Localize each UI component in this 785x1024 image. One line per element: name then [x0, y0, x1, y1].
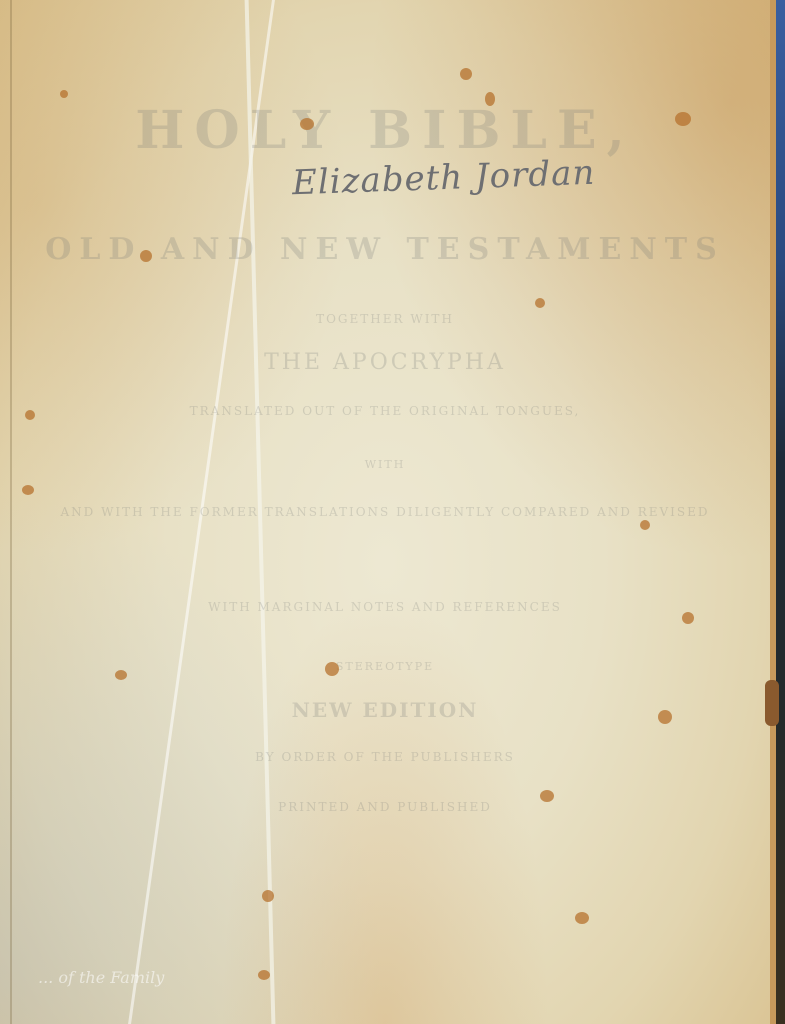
foxing-spot	[115, 670, 127, 680]
printed-place: PRINTED AND PUBLISHED	[0, 800, 770, 814]
printed-notes: WITH MARGINAL NOTES AND REFERENCES	[0, 600, 770, 614]
foxing-spot	[25, 410, 35, 420]
printed-edition: NEW EDITION	[0, 698, 770, 722]
foxing-spot	[140, 250, 152, 262]
printed-translated: TRANSLATED OUT OF THE ORIGINAL TONGUES,	[0, 404, 770, 418]
foxing-spot	[258, 970, 270, 980]
printed-publisher: BY ORDER OF THE PUBLISHERS	[0, 750, 770, 764]
foxing-spot	[300, 118, 314, 130]
foxing-spot	[460, 68, 472, 80]
foxing-spot	[658, 710, 672, 724]
foxing-spot	[682, 612, 694, 624]
foxing-spot	[485, 92, 495, 106]
printed-title: HOLY BIBLE,	[0, 100, 770, 161]
foxing-spot	[540, 790, 554, 802]
foxing-spot	[60, 90, 68, 98]
bible-page: HOLY BIBLE, OLD AND NEW TESTAMENTS TOGET…	[0, 0, 776, 1024]
foxing-spot	[675, 112, 691, 126]
foxing-spot	[535, 298, 545, 308]
foxing-spot	[325, 662, 339, 676]
printed-with: WITH	[0, 458, 770, 471]
foxing-spot	[640, 520, 650, 530]
printed-compared: AND WITH THE FORMER TRANSLATIONS DILIGEN…	[0, 505, 770, 519]
printed-testaments: OLD AND NEW TESTAMENTS	[0, 232, 770, 267]
page-tab	[765, 680, 779, 726]
printed-together: TOGETHER WITH	[0, 312, 770, 326]
watermark: ... of the Family	[38, 968, 164, 987]
foxing-spot	[262, 890, 274, 902]
printed-apocrypha: THE APOCRYPHA	[0, 350, 770, 375]
foxing-spot	[575, 912, 589, 924]
foxing-spot	[22, 485, 34, 495]
